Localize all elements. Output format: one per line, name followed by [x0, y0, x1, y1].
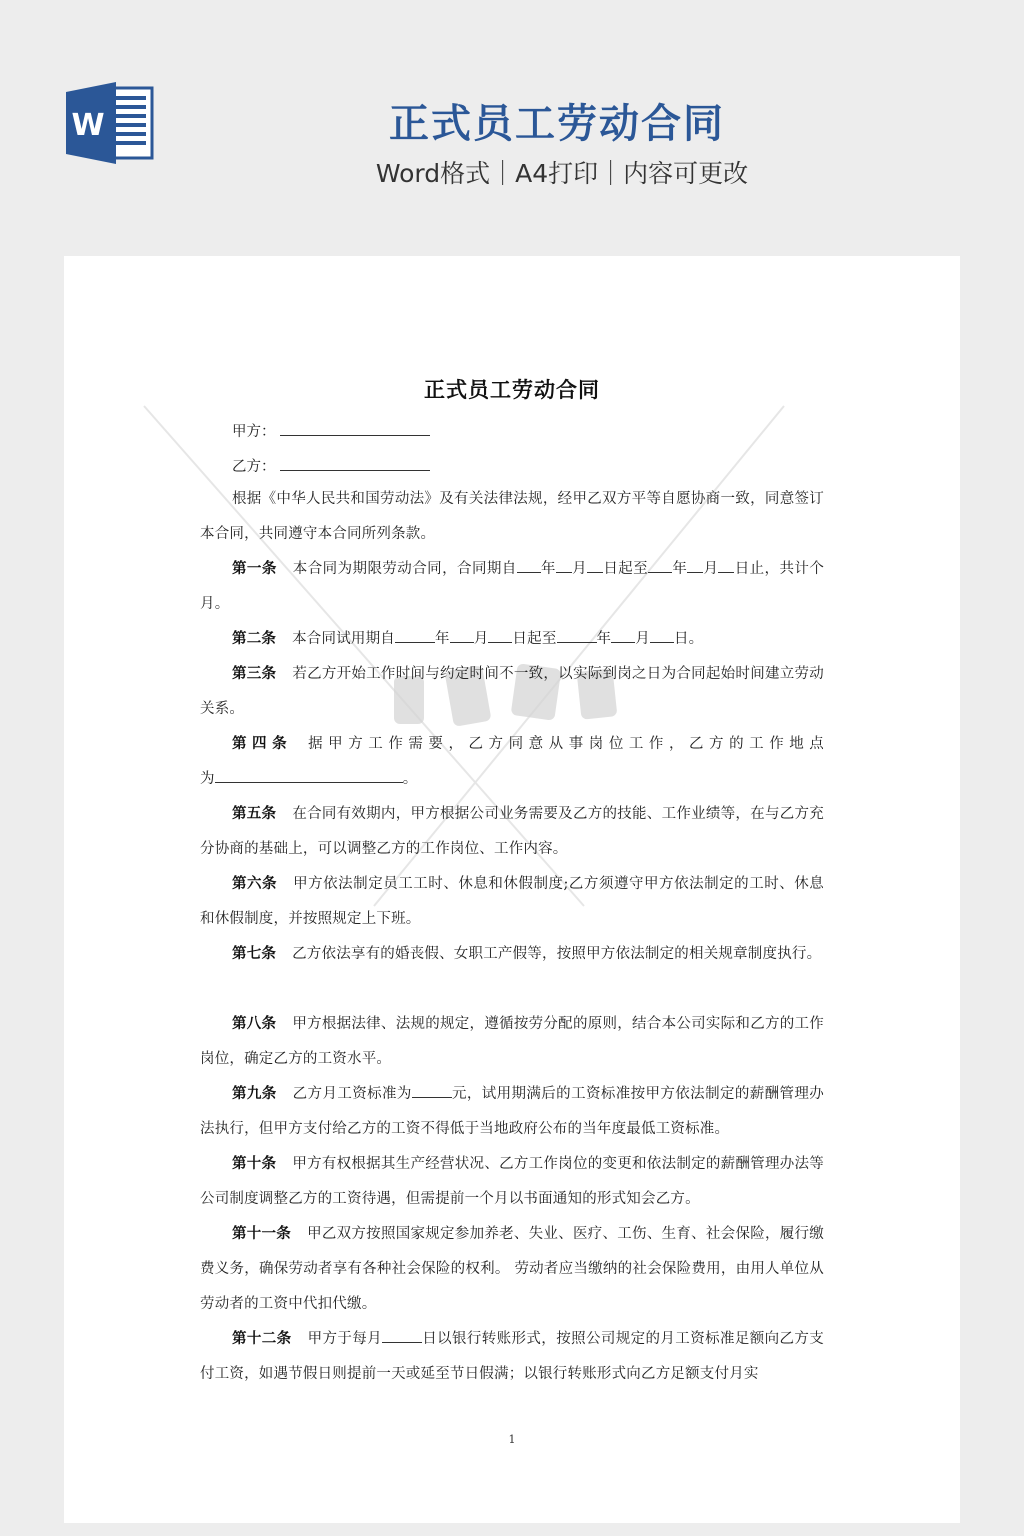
intro-paragraph: 根据《中华人民共和国劳动法》及有关法律法规，经甲乙双方平等自愿协商一致，同意签订…: [200, 482, 824, 552]
article-4-line-2: 为。: [200, 762, 824, 797]
article-9: 第九条乙方月工资标准为元，试用期满后的工资标准按甲方依法制定的薪酬管理办法执行，…: [200, 1077, 824, 1147]
party-a-blank[interactable]: [280, 424, 430, 436]
article-2: 第二条本合同试用期自年月日起至年月日。: [200, 622, 824, 657]
article-1: 第一条本合同为期限劳动合同，合同期自年月日起至年月日止，共计个月。: [200, 552, 824, 622]
party-b-label: 乙方：: [232, 459, 276, 475]
article-10: 第十条甲方有权根据其生产经营状况、乙方工作岗位的变更和依法制定的薪酬管理办法等公…: [200, 1147, 824, 1217]
article-9-label: 第九条: [232, 1086, 277, 1102]
article-4-label: 第四条: [232, 736, 292, 752]
salary-blank[interactable]: [412, 1086, 452, 1098]
pay-day-blank[interactable]: [382, 1331, 422, 1343]
work-location-blank[interactable]: [215, 771, 403, 783]
article-8-label: 第八条: [232, 1016, 276, 1032]
article-3: 第三条若乙方开始工作时间与约定时间不一致，以实际到岗之日为合同起始时间建立劳动关…: [200, 657, 824, 727]
party-b-line: 乙方：: [232, 455, 430, 476]
banner-subtitle: Word格式｜A4打印｜内容可更改: [0, 154, 1024, 190]
article-4: 第四条据甲方工作需要，乙方同意从事岗位工作，乙方的工作地点: [200, 727, 824, 762]
document-title: 正式员工劳动合同: [200, 374, 824, 404]
page-number: 1: [64, 1433, 960, 1446]
article-3-label: 第三条: [232, 666, 276, 682]
party-a-label: 甲方：: [232, 424, 276, 440]
article-10-label: 第十条: [232, 1156, 276, 1172]
article-8: 第八条甲方根据法律、法规的规定，遵循按劳分配的原则，结合本公司实际和乙方的工作岗…: [200, 1007, 824, 1077]
article-2-label: 第二条: [232, 631, 276, 647]
party-a-line: 甲方：: [232, 420, 430, 441]
document-page: 正式员工劳动合同 甲方： 乙方： 根据《中华人民共和国劳动法》及有关法律法规，经…: [64, 256, 960, 1523]
article-11-label: 第十一条: [232, 1226, 291, 1242]
article-7-label: 第七条: [232, 946, 276, 962]
article-6-label: 第六条: [232, 876, 277, 892]
article-12: 第十二条甲方于每月日以银行转账形式，按照公司规定的月工资标准足额向乙方支付工资，…: [200, 1322, 824, 1392]
banner-title: 正式员工劳动合同: [0, 92, 1024, 149]
article-1-label: 第一条: [232, 561, 277, 577]
article-7: 第七条乙方依法享有的婚丧假、女职工产假等，按照甲方依法制定的相关规章制度执行。: [200, 937, 824, 972]
article-6: 第六条甲方依法制定员工工时、休息和休假制度;乙方须遵守甲方依法制定的工时、休息和…: [200, 867, 824, 937]
article-12-label: 第十二条: [232, 1331, 292, 1347]
party-b-blank[interactable]: [280, 459, 430, 471]
article-11: 第十一条甲乙双方按照国家规定参加养老、失业、医疗、工伤、生育、社会保险，履行缴费…: [200, 1217, 824, 1322]
article-5-label: 第五条: [232, 806, 276, 822]
article-5: 第五条在合同有效期内，甲方根据公司业务需要及乙方的技能、工作业绩等，在与乙方充分…: [200, 797, 824, 867]
